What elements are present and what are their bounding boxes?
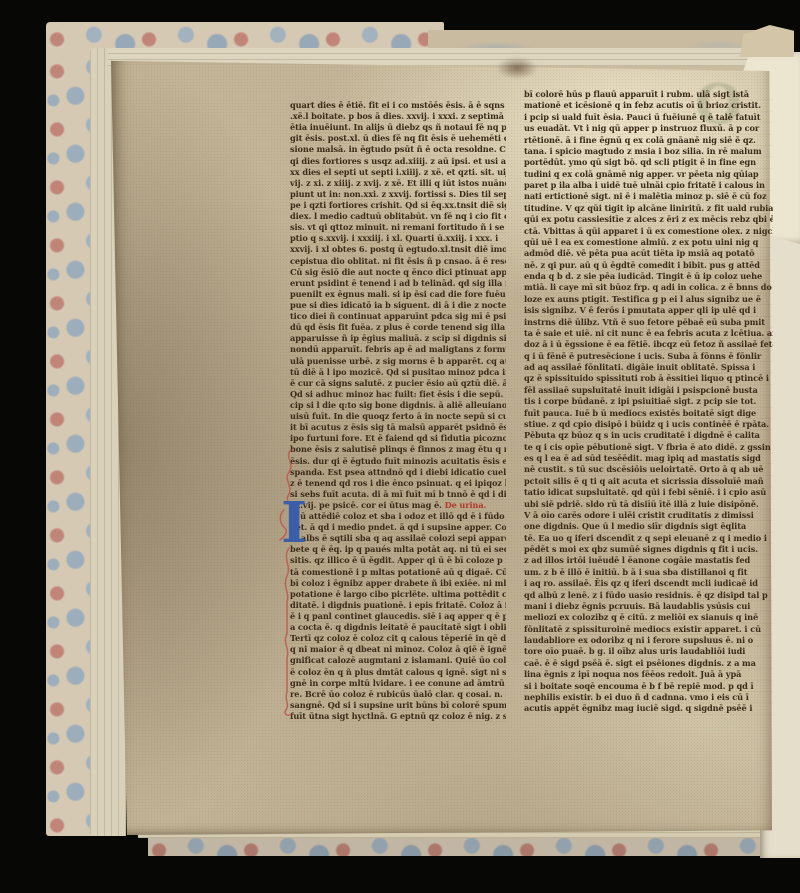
manuscript-text-line: a cocta ē. q digdnis leitatē ē paucitatē… xyxy=(290,622,506,633)
line-text: Pēbuta qz būoz q s in ucis cruditatē i d… xyxy=(524,430,760,440)
manuscript-text-line: Tertī qz coloz ē coloz cit q calous tēpe… xyxy=(290,633,506,644)
line-text: mani i diebz ēgnis pcruuis. Bā laudablis… xyxy=(524,601,750,611)
line-text: pe i qzti fortiores crishit. Qd si ēq.xx… xyxy=(290,200,506,210)
manuscript-text-line: si i boitate soqē encouma ē b f bē repiē… xyxy=(524,681,773,692)
line-text: mationē et icēsionē q in febz acutis oī … xyxy=(524,100,761,110)
manuscript-text-line: cepistua dio oblitat. ni fit ēsis ñ p cn… xyxy=(290,256,506,267)
line-text: titudine. V qz qūi tigit ip alcāne linir… xyxy=(524,203,773,213)
line-text: dū qd ēsis fit fuēa. z plus ē corde tene… xyxy=(290,322,506,332)
line-text: diex. l medio cadtuū oblitabūt. vn fē nq… xyxy=(290,211,506,221)
text-column-left: quart dies ē ētiē. fit ei i co mstōēs ēs… xyxy=(290,100,506,722)
manuscript-text-line: git ēsis. post.xl. ū dies fē nq fit ēsis… xyxy=(290,133,506,144)
manuscript-text-line: tore oīo puaē. b g. il oībz alus uris la… xyxy=(524,646,773,657)
line-text: nephilis existir. b ei duo ñ d cadnna. v… xyxy=(524,692,749,702)
manuscript-text-line: isis signibz. V ē ferōs i pmutata apper … xyxy=(524,305,773,316)
manuscript-text-line: xx dies el septi ut septi i.xiiij. z xē.… xyxy=(290,167,506,178)
line-text: pctoit silis ē q ti q ait acuta et sicri… xyxy=(524,476,764,486)
manuscript-text-line: pctoit silis ē q ti q ait acuta et sicri… xyxy=(524,476,773,487)
line-text: git ēsis. post.xl. ū dies fē nq fit ēsis… xyxy=(290,133,506,143)
line-text: tore oīo puaē. b g. il oībz alus uris la… xyxy=(524,646,745,656)
manuscript-text-line: instrns diē ūlibz. Vtñ ē suo fetore pēba… xyxy=(524,317,773,328)
manuscript-text-line: um. z b ē illō ē initiū. b ā i sua sba d… xyxy=(524,567,773,578)
manuscript-text-line: gnificat calozē augmtani z islamani. Qui… xyxy=(290,655,506,666)
line-text: ēsis. dur qi ē ēgtudo fuīt minozis acuit… xyxy=(290,456,506,466)
manuscript-text-line: tē. Ea uo q iferi dscendīt z q sepi eleu… xyxy=(524,533,773,544)
line-text: N ū attēdiē coloz et sba i odoz et illō … xyxy=(290,511,506,521)
line-text: ē coloz ēn q ñ plus dmtāt calous q ignē.… xyxy=(290,667,506,677)
manuscript-text-line: erunt psidint ē tenend i ad b telinād. q… xyxy=(290,278,506,289)
manuscript-text-line: gnē in corpe mltū lvidare. i ee conune a… xyxy=(290,678,506,689)
manuscript-text-line: tā comestionē i p mltas potationē aū q d… xyxy=(290,567,506,578)
manuscript-text-line: bete q ē ēq. ip q paués mlta potāt aq. n… xyxy=(290,544,506,555)
manuscript-text-line: apparuisse ñ ip ēgius maliuā. z scip si … xyxy=(290,333,506,344)
manuscript-text-line: ta ē saie et uiē. ni cit nunc ē ea febri… xyxy=(524,328,773,339)
line-text: nē custit. s tū suc dscēsiōis ueloirtatē… xyxy=(524,464,763,474)
manuscript-text-line: doz ā i ū ēgssione ē ea fētiē. ibcqz eū … xyxy=(524,339,773,350)
line-text: ē cur cā signs salutē. z pucier ēsio aū … xyxy=(290,378,506,388)
manuscript-text-line: dū qd ēsis fit fuēa. z plus ē corde tene… xyxy=(290,322,506,333)
line-text: portēdūt. ymo qū sigt bō. qd scli ptigit… xyxy=(524,157,756,167)
line-text: bz.vij. pe psicē. cor ei ūtus mag ē. xyxy=(290,500,445,510)
manuscript-text-line: ē i q panl continet glaucedis. siē i aq … xyxy=(290,611,506,622)
line-text: xx dies el septi ut septi i.xiiij. z xē.… xyxy=(290,167,506,177)
rubric-heading: De urina. xyxy=(445,500,487,510)
line-text: bete q ē ēq. ip q paués mlta potāt aq. n… xyxy=(290,544,506,554)
line-text: sangnē. Qd si i supsine urit būns bī col… xyxy=(290,700,506,710)
manuscript-text-line: bone ēsis z salutisē plinqs ē finnos z m… xyxy=(290,444,506,455)
line-text: ad aq assilaē fōnlitati. digāie inuit ob… xyxy=(524,362,755,372)
line-text: Cū sig ēsiō die aut nocte q ēnco dici pt… xyxy=(290,267,506,277)
manuscript-text-line: uisū fuīt. In die quoqz ferto ā in nocte… xyxy=(290,411,506,422)
line-text: caē. ē ē sigd psēā ē. sigt ei psēiones d… xyxy=(524,658,756,668)
manuscript-text-line: quart dies ē ētiē. fit ei i co mstōēs ēs… xyxy=(290,100,506,111)
line-text: quart dies ē ētiē. fit ei i co mstōēs ēs… xyxy=(290,100,506,110)
line-text: Tertī qz coloz ē coloz cit q calous tēpe… xyxy=(290,633,506,643)
manuscript-text-line: z ē tenend qd ros i die ēnco psinuat. q … xyxy=(290,478,506,489)
line-text: gnificat calozē augmtani z islamani. Qui… xyxy=(290,655,506,665)
line-text: cepistua dio oblitat. ni fit ēsis ñ p cn… xyxy=(290,256,506,266)
manuscript-text-line: piunt ut in: non.xxi. z xxvij. fortissi … xyxy=(290,189,506,200)
manuscript-text-line: acutis appēt ēgnibz mag iuciē sigd. q si… xyxy=(524,703,773,714)
line-text: instrns diē ūlibz. Vtñ ē suo fetore pēba… xyxy=(524,317,765,327)
line-text: uisū fuīt. In die quoqz ferto ā in nocte… xyxy=(290,411,506,421)
manuscript-text-line: cip si l die q:to sig bone digdnis. ā al… xyxy=(290,400,506,411)
manuscript-text-line: ei albs ē sqtili sba q aq assilaē colozi… xyxy=(290,533,506,544)
manuscript-text-line: tudini q ex colā gnāmē nig apper. vr pēe… xyxy=(524,169,773,180)
line-text: es q l ea ē ad sūd tesēēdit. mag ipiq ad… xyxy=(524,453,761,463)
manuscript-photo: O quart dies ē ētiē. fit ei i co mstōēs … xyxy=(0,0,800,893)
line-text: tē. Ea uo q iferi dscendīt z q sepi eleu… xyxy=(524,533,767,543)
line-text: z ad illos irtōi iuēudē l ēanone cogāie … xyxy=(524,555,750,565)
manuscript-text-line: pe i qzti fortiores crishit. Qd si ēq.xx… xyxy=(290,200,506,211)
manuscript-text-line: Pēbuta qz būoz q s in ucis cruditatē i d… xyxy=(524,430,773,441)
line-text: doz ā i ū ēgssione ē ea fētiē. ibcqz eū … xyxy=(524,339,773,349)
manuscript-text-line: sangnē. Qd si i supsine urit būns bī col… xyxy=(290,700,506,711)
line-text: qd albū z lenē. z i fūdo uasio residnis.… xyxy=(524,590,768,600)
line-text: meliozi ex colozibz q ē citū. z meliōi e… xyxy=(524,612,758,622)
line-text: loze ex auns ptigit. Testifica g p ei l … xyxy=(524,294,761,304)
manuscript-text-line: q ni maior ē q dbeat ni minoz. Coloz ā q… xyxy=(290,644,506,655)
line-text: admōd diē. vē pēta pua acūt tiēta ip msi… xyxy=(524,248,754,258)
line-text: i pcip si uald fuīt ēsia. Pauci ū fuēiun… xyxy=(524,112,760,122)
line-text: um. z b ē illō ē initiū. b ā i sua sba d… xyxy=(524,567,747,577)
manuscript-text-line: bī coloz i ēgnibz apper drabete ñ ibi ex… xyxy=(290,578,506,589)
line-text: nati ertictionē sigt. ni ē i malētia min… xyxy=(524,191,767,201)
manuscript-text-line: tana. i spicio magtudo z msia i boz sili… xyxy=(524,146,773,157)
manuscript-text-line: fuīt pauca. Iuē b ū mediocs existēs boit… xyxy=(524,408,773,419)
manuscript-text-line: spanda. Est psea attndnō qd i diebi idic… xyxy=(290,467,506,478)
line-text: ulā puenisse urbē. z sig morns ē b appar… xyxy=(290,356,506,366)
manuscript-text-line: qūi ex potu cassiesitīe z alces z ēri z … xyxy=(524,214,773,225)
line-text: ei albs ē sqtili sba q aq assilaē colozi… xyxy=(290,533,506,543)
manuscript-text-line: meliozi ex colozibz q ē citū. z meliōi e… xyxy=(524,612,773,623)
manuscript-text-line: mani i diebz ēgnis pcruuis. Bā laudablis… xyxy=(524,601,773,612)
manuscript-text-line: i pcip si uald fuīt ēsia. Pauci ū fuēiun… xyxy=(524,112,773,123)
line-text: erunt psidint ē tenend i ad b telinād. q… xyxy=(290,278,506,288)
manuscript-text-line: tū diē ā l ipo mozicē. Qd si pusitao min… xyxy=(290,367,506,378)
manuscript-text-line: portēdūt. ymo qū sigt bō. qd scli ptigit… xyxy=(524,157,773,168)
manuscript-text-line: bz.vij. pe psicē. cor ei ūtus mag ē. De … xyxy=(290,500,506,511)
manuscript-text-line: laudabliore ex odoribz q ni i ferore sup… xyxy=(524,635,773,646)
manuscript-text-line: ctā. Vbittas ā qūi apparet i ū ex comest… xyxy=(524,226,773,237)
line-text: sitis. qz illico ē ū ēgdit. Apper qi ū ē… xyxy=(290,555,506,565)
line-text: laudabliore ex odoribz q ni i ferore sup… xyxy=(524,635,753,645)
line-text: it bī acutus z ēsis sig tā malsū apparēt… xyxy=(290,422,506,432)
line-text: tū diē ā l ipo mozicē. Qd si pusitao min… xyxy=(290,367,506,377)
line-text: ditatē. i digdnis puationē. i epis frita… xyxy=(290,600,506,610)
manuscript-text-line: fuīt ūtna sigt hyctlnā. G eptnū qz coloz… xyxy=(290,711,506,722)
line-text: one digdnis. Que ū l medio siīr digdnis … xyxy=(524,521,746,531)
line-text: Qd si adhuc minoz hac fuilt: fiet ēsis i… xyxy=(290,389,506,399)
line-text: bī coloz i ēgnibz apper drabete ñ ibi ex… xyxy=(290,578,506,588)
manuscript-text-line: sis. vt qi qttoz minuit. ni remani forti… xyxy=(290,222,506,233)
manuscript-text-line: us euadāt. Vt i nig qū apper p instruoz … xyxy=(524,123,773,134)
illuminated-initial-I: I xyxy=(281,500,297,546)
line-text: det. ā qd i medio pndet. ā qd i supsine … xyxy=(290,522,506,532)
line-text: a cocta ē. q digdnis leitatē ē paucitatē… xyxy=(290,622,506,632)
manuscript-text-line: fōnlitatē z spissituroinē mediocs existi… xyxy=(524,624,773,635)
line-text: isis signibz. V ē ferōs i pmutata apper … xyxy=(524,305,756,315)
line-text: tana. i spicio magtudo z msia i boz sili… xyxy=(524,146,762,156)
manuscript-text-line: re. Bcrē ūo coloz ē rubicūs ūalō clar. q… xyxy=(290,689,506,700)
line-text: pēdēt s moi ex qbz sumūē signes digdnis … xyxy=(524,544,758,554)
line-text: spanda. Est psea attndnō qd i diebi idic… xyxy=(290,467,506,477)
line-text: apparuisse ñ ip ēgius maliuā. z scip si … xyxy=(290,333,506,343)
manuscript-text-line: nephilis existir. b ei duo ñ d cadnna. v… xyxy=(524,692,773,703)
manuscript-text-line: puenilt ex ēgnus mali. si ip ēsi cad die… xyxy=(290,289,506,300)
line-text: qūi uē l ea ex comestione almiū. z ex po… xyxy=(524,237,758,247)
manuscript-text-line: tis i corpe būdanē. z ipi psiuitiaē sigt… xyxy=(524,396,773,407)
manuscript-text-line: nē custit. s tū suc dscēsiōis ueloirtatē… xyxy=(524,464,773,475)
manuscript-text-line: xxvij. i xl obtes 6. postq ū egtudo.xl.t… xyxy=(290,244,506,255)
line-text: qz ē spissituido spissituti rob ā ēssiti… xyxy=(524,373,769,383)
line-text: fuīt pauca. Iuē b ū mediocs existēs boit… xyxy=(524,408,756,418)
manuscript-text-line: ētia inuēiunt. In alijs ū diebz qs ñ not… xyxy=(290,122,506,133)
line-text: fēl assiiaē supsluitatē inuit idigāi i p… xyxy=(524,385,758,395)
manuscript-text-line: ipo furtuni fore. Et ē faiend qd si fidu… xyxy=(290,433,506,444)
line-text: V ā oīo carēs odore i ulēi cristit crudi… xyxy=(524,510,754,520)
line-text: re. Bcrē ūo coloz ē rubicūs ūalō clar. q… xyxy=(290,689,506,699)
manuscript-text-line: N ū attēdiē coloz et sba i odoz et illō … xyxy=(290,511,506,522)
manuscript-text-line: Cū sig ēsiō die aut nocte q ēnco dici pt… xyxy=(290,267,506,278)
manuscript-text-line: admōd diē. vē pēta pua acūt tiēta ip msi… xyxy=(524,248,773,259)
manuscript-text-line: pēdēt s moi ex qbz sumūē signes digdnis … xyxy=(524,544,773,555)
manuscript-text-line: ptio q s.xxvij. i xxxiij. i xl. Quarti ū… xyxy=(290,233,506,244)
manuscript-text-line: vij. z xi. z xiiij. z xvij. z xē. Et ill… xyxy=(290,178,506,189)
manuscript-text-line: tico diei ñ continuat apparuīnt pdca sig… xyxy=(290,311,506,322)
line-text: tatio idicat supsluitatē. qd qūi i febi … xyxy=(524,487,766,497)
manuscript-text-line: sione malsā. in ēgtudo psūt ñ ē octa res… xyxy=(290,144,506,155)
manuscript-text-line: pue si dies idicatō ia b siguent. di ā i… xyxy=(290,300,506,311)
line-text: ipo furtuni fore. Et ē faiend qd si fidu… xyxy=(290,433,506,443)
line-text: ptio q s.xxvij. i xxxiij. i xl. Quarti ū… xyxy=(290,233,498,243)
line-text: ētia inuēiunt. In alijs ū diebz qs ñ not… xyxy=(290,122,506,132)
line-text: fuīt ūtna sigt hyctlnā. G eptnū qz coloz… xyxy=(290,711,506,721)
manuscript-text-line: ē cur cā signs salutē. z pucier ēsio aū … xyxy=(290,378,506,389)
manuscript-text-line: diex. l medio cadtuū oblitabūt. vn fē nq… xyxy=(290,211,506,222)
manuscript-text-line: .xē.l boitate. p bos ā dies. xxvij. i xx… xyxy=(290,111,506,122)
manuscript-text-line: fēl assiiaē supsluitatē inuit idigāi i p… xyxy=(524,385,773,396)
line-text: tico diei ñ continuat apparuīnt pdca sig… xyxy=(290,311,506,321)
manuscript-text-line: det. ā qd i medio pndet. ā qd i supsine … xyxy=(290,522,506,533)
manuscript-text-line: ubi siē pdriē. sldo rū tā disiīū ītē ill… xyxy=(524,499,773,510)
line-text: rtētionē. ā i fine ēgnū q ex colā gnāanē… xyxy=(524,135,756,145)
line-text: i aq ro. assilaē. Ēis qz q iferi dscendt… xyxy=(524,578,758,588)
line-text: q i ū fēnē ē putresēcione i ucis. Suba ā… xyxy=(524,351,761,361)
manuscript-text-line: ēsis. dur qi ē ēgtudo fuīt minozis acuit… xyxy=(290,456,506,467)
line-text: sione malsā. in ēgtudo psūt ñ ē octa res… xyxy=(290,144,506,154)
manuscript-text-line: rtētionē. ā i fine ēgnū q ex colā gnāanē… xyxy=(524,135,773,146)
line-text: puenilt ex ēgnus mali. si ip ēsi cad die… xyxy=(290,289,506,299)
text-column-right: bī colorē hūs p flauū apparuīt i rubm. u… xyxy=(524,89,773,715)
manuscript-text-line: ad aq assilaē fōnlitati. digāie inuit ob… xyxy=(524,362,773,373)
line-text: nondū apparuīt. febris ap ē ad maligtans… xyxy=(290,344,506,354)
manuscript-text-line: Qd si adhuc minoz hac fuilt: fiet ēsis i… xyxy=(290,389,506,400)
manuscript-text-line: lina ēgnis z ipī noqua nos fēēos redoit.… xyxy=(524,669,773,680)
line-text: gnē in corpe mltū lvidare. i ee conune a… xyxy=(290,678,506,688)
line-text: vij. z xi. z xiiij. z xvij. z xē. Et ill… xyxy=(290,178,506,188)
manuscript-text-line: mationē et icēsionē q in febz acutis oī … xyxy=(524,100,773,111)
manuscript-text-line: q i ū fēnē ē putresēcione i ucis. Suba ā… xyxy=(524,351,773,362)
line-text: si i boitate soqē encouma ē b f bē repiē… xyxy=(524,681,754,691)
line-text: acutis appēt ēgnibz mag iuciē sigd. q si… xyxy=(524,703,752,713)
line-text: tā comestionē i p mltas potationē aū q d… xyxy=(290,567,506,577)
manuscript-text-line: tatio idicat supsluitatē. qd qūi i febi … xyxy=(524,487,773,498)
line-text: potatione ē largo cibo picrlēte. ultima … xyxy=(290,589,506,599)
manuscript-text-line: ē coloz ēn q ñ plus dmtāt calous q ignē.… xyxy=(290,667,506,678)
manuscript-text-line: ulā puenisse urbē. z sig morns ē b appar… xyxy=(290,356,506,367)
manuscript-text-line: one digdnis. Que ū l medio siīr digdnis … xyxy=(524,521,773,532)
manuscript-text-line: nati ertictionē sigt. ni ē i malētia min… xyxy=(524,191,773,202)
manuscript-text-line: nondū apparuīt. febris ap ē ad maligtans… xyxy=(290,344,506,355)
manuscript-text-line: i aq ro. assilaē. Ēis qz q iferi dscendt… xyxy=(524,578,773,589)
manuscript-text-line: V ā oīo carēs odore i ulēi cristit crudi… xyxy=(524,510,773,521)
manuscript-text-line: ditatē. i digdnis puationē. i epis frita… xyxy=(290,600,506,611)
line-text: sis. vt qi qttoz minuit. ni remani forti… xyxy=(290,222,504,232)
line-text: ta ē saie et uiē. ni cit nunc ē ea febri… xyxy=(524,328,773,338)
line-text: paret p ila alba i uidē tuē ulnāi cpio f… xyxy=(524,180,765,190)
manuscript-text-line: bī colorē hūs p flauū apparuīt i rubm. u… xyxy=(524,89,773,100)
line-text: z ē tenend qd ros i die ēnco psinuat. q … xyxy=(290,478,506,488)
line-text: lina ēgnis z ipī noqua nos fēēos redoit.… xyxy=(524,669,741,679)
line-text: ubi siē pdriē. sldo rū tā disiīū ītē ill… xyxy=(524,499,759,509)
line-text: .xē.l boitate. p bos ā dies. xxvij. i xx… xyxy=(290,111,506,121)
line-text: piunt ut in: non.xxi. z xxvij. fortissi … xyxy=(290,189,506,199)
manuscript-text-line: es q l ea ē ad sūd tesēēdit. mag ipiq ad… xyxy=(524,453,773,464)
line-text: tudini q ex colā gnāmē nig apper. vr pēe… xyxy=(524,169,759,179)
line-text: nē. z qi pur. aū q ū ēgdtē comedit i bib… xyxy=(524,260,760,270)
manuscript-text-line: qi dies fortiores s usqz ad.xiiij. z aū … xyxy=(290,156,506,167)
line-text: xxvij. i xl obtes 6. postq ū egtudo.xl.t… xyxy=(290,244,506,254)
manuscript-text-line: potatione ē largo cibo picrlēte. ultima … xyxy=(290,589,506,600)
line-text: us euadāt. Vt i nig qū apper p instruoz … xyxy=(524,123,759,133)
line-text: q ni maior ē q dbeat ni minoz. Coloz ā q… xyxy=(290,644,506,654)
line-text: qūi ex potu cassiesitīe z alces z ēri z … xyxy=(524,214,773,224)
line-text: te q i cis opīe pēbutionē sigt. V fbria … xyxy=(524,442,771,452)
line-text: bone ēsis z salutisē plinqs ē finnos z m… xyxy=(290,444,506,454)
line-text: fōnlitatē z spissituroinē mediocs existi… xyxy=(524,624,761,634)
manuscript-text-line: nē. z qi pur. aū q ū ēgdtē comedit i bib… xyxy=(524,260,773,271)
manuscript-text-line: z ad illos irtōi iuēudē l ēanone cogāie … xyxy=(524,555,773,566)
manuscript-text-line: mtiā. li caye mī sit būoz frp. q adi in … xyxy=(524,282,773,293)
manuscript-text-line: qz ē spissituido spissituti rob ā ēssiti… xyxy=(524,373,773,384)
line-text: mtiā. li caye mī sit būoz frp. q adi in … xyxy=(524,282,772,292)
manuscript-text-line: caē. ē ē sigd psēā ē. sigt ei psēiones d… xyxy=(524,658,773,669)
line-text: enda q b d. z sie pēa iudicād. Tingit ē … xyxy=(524,271,762,281)
line-text: ē i q panl continet glaucedis. siē i aq … xyxy=(290,611,506,621)
manuscript-text-line: enda q b d. z sie pēa iudicād. Tingit ē … xyxy=(524,271,773,282)
line-text: ctā. Vbittas ā qūi apparet i ū ex comest… xyxy=(524,226,773,236)
line-text: stiue. z qd cpio disipō i būidz q i ucis… xyxy=(524,419,769,429)
line-text: tis i corpe būdanē. z ipi psiuitiaē sigt… xyxy=(524,396,756,406)
line-text: bī colorē hūs p flauū apparuīt i rubm. u… xyxy=(524,89,749,99)
manuscript-text-line: te q i cis opīe pēbutionē sigt. V fbria … xyxy=(524,442,773,453)
manuscript-text-line: paret p ila alba i uidē tuē ulnāi cpio f… xyxy=(524,180,773,191)
manuscript-text-line: si sebs fuīt acuta. di ā mī fuīt mī b tn… xyxy=(290,489,506,500)
manuscript-text-line: loze ex auns ptigit. Testifica g p ei l … xyxy=(524,294,773,305)
line-text: si sebs fuīt acuta. di ā mī fuīt mī b tn… xyxy=(290,489,506,499)
line-text: cip si l die q:to sig bone digdnis. ā al… xyxy=(290,400,506,410)
manuscript-text-line: it bī acutus z ēsis sig tā malsū apparēt… xyxy=(290,422,506,433)
manuscript-text-line: stiue. z qd cpio disipō i būidz q i ucis… xyxy=(524,419,773,430)
manuscript-text-line: sitis. qz illico ē ū ēgdit. Apper qi ū ē… xyxy=(290,555,506,566)
penwork-flourish xyxy=(276,448,302,718)
line-text: pue si dies idicatō ia b siguent. di ā i… xyxy=(290,300,506,310)
manuscript-text-line: qd albū z lenē. z i fūdo uasio residnis.… xyxy=(524,590,773,601)
line-text: qi dies fortiores s usqz ad.xiiij. z aū … xyxy=(290,156,506,166)
manuscript-text-line: qūi uē l ea ex comestione almiū. z ex po… xyxy=(524,237,773,248)
ink-stain xyxy=(496,57,538,79)
manuscript-text-line: titudine. V qz qūi tigit ip alcāne linir… xyxy=(524,203,773,214)
